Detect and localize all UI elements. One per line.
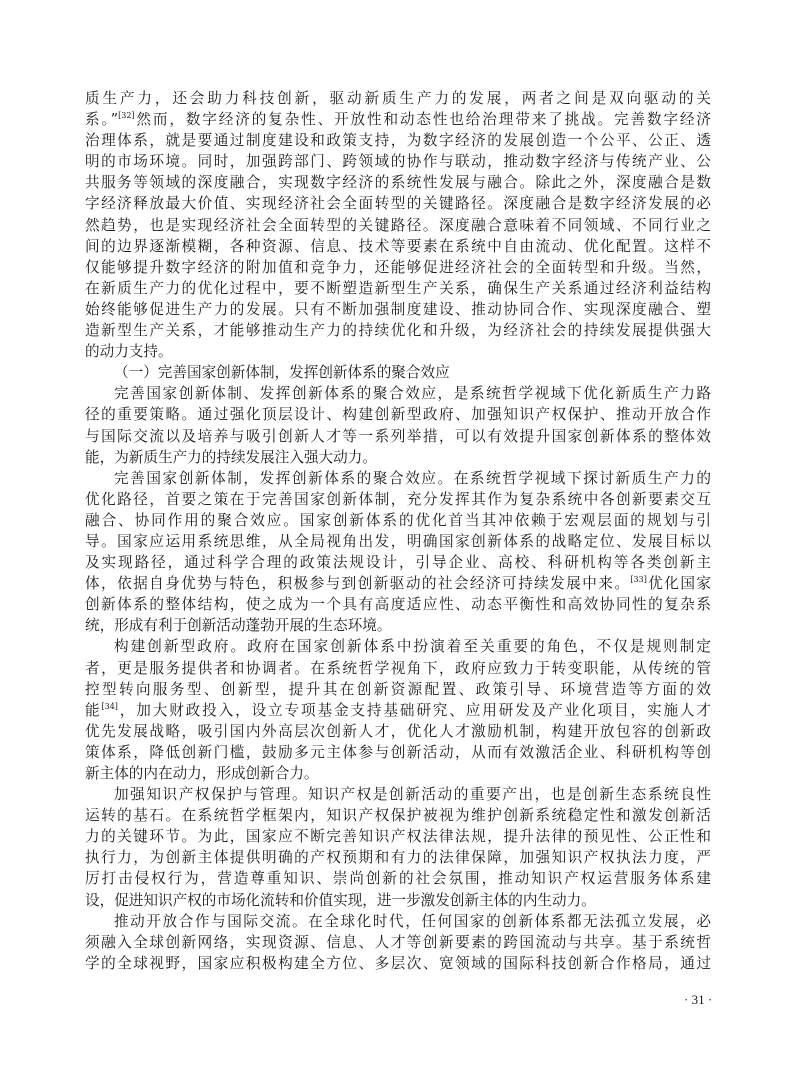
text-line: 力的关键环节。为此，国家应不断完善知识产权法律法规，提升法律的预见性、公正性和 xyxy=(85,826,711,847)
text-line: 共服务等领域的深度融合，实现数字经济的系统性发展与融合。除此之外，深度融合是数 xyxy=(85,172,711,193)
text-line: 运转的基石。在系统哲学框架内，知识产权保护被视为维护创新系统稳定性和激发创新活 xyxy=(85,805,711,826)
text-line: 然趋势，也是实现经济社会全面转型的关键路径。深度融合意味着不同领域、不同行业之 xyxy=(85,215,711,236)
text-line: 执行力，为创新主体提供明确的产权预期和有力的法律保障，加强知识产权执法力度，严 xyxy=(85,847,711,868)
document-page: 质生产力，还会助力科技创新，驱动新质生产力的发展，两者之间是双向驱动的关系。”[… xyxy=(0,0,794,1077)
paragraph-first-line: 推动开放合作与国际交流。在全球化时代，任何国家的创新体系都无法孤立发展，必 xyxy=(85,911,711,932)
text-line: 径的重要策略。通过强化顶层设计、构建创新型政府、加强知识产权保护、推动开放合作 xyxy=(85,404,711,425)
citation-reference: [34] xyxy=(101,702,117,711)
text-line: 优先发展战略，吸引国内外高层次创新人才，优化人才激励机制，构建开放包容的创新政 xyxy=(85,721,711,742)
paragraph-last-line: 新主体的内在动力，形成创新合力。 xyxy=(85,763,711,784)
text-line: 导。国家应运用系统思维，从全局视角出发，明确国家创新体系的战略定位、发展目标以 xyxy=(85,531,711,552)
text-line: 控型转向服务型、创新型，提升其在创新资源配置、政策引导、环境营造等方面的效 xyxy=(85,679,711,700)
paragraph-last-line: 设，促进知识产权的市场化流转和价值实现，进一步激发创新主体的内生动力。 xyxy=(85,890,711,911)
text-line: 及实现路径，通过科学合理的政策法规设计，引导企业、高校、科研机构等各类创新主 xyxy=(85,552,711,573)
text-line: 间的边界逐渐模糊，各种资源、信息、技术等要素在系统中自由流动、优化配置。这样不 xyxy=(85,236,711,257)
text-line: 始终能够促进生产力的发展。只有不断加强制度建设、推动协同合作、实现深度融合、塑 xyxy=(85,299,711,320)
text-line: 者，更是服务提供者和协调者。在系统哲学视角下，政府应致力于转变职能，从传统的管 xyxy=(85,658,711,679)
text-segment: 然而，数字经济的复杂性、开放性和动态性也给治理带来了挑战。完善数字经济 xyxy=(135,111,711,128)
text-line: 创新体系的整体结构，使之成为一个具有高度适应性、动态平衡性和高效协同性的复杂系 xyxy=(85,594,711,615)
paragraph-first-line: 完善国家创新体制、发挥创新体系的聚合效应，是系统哲学视域下优化新质生产力路 xyxy=(85,383,711,404)
text-line: 厉打击侵权行为，营造尊重知识、崇尚创新的社会氛围，推动知识产权运营服务体系建 xyxy=(85,868,711,889)
paragraph-last-line: 的动力支持。 xyxy=(85,341,711,362)
paragraph-last-line: 能，为新质生产力的持续发展注入强大动力。 xyxy=(85,447,711,468)
paragraph-first-line: 加强知识产权保护与管理。知识产权是创新活动的重要产出，也是创新生态系统良性 xyxy=(85,784,711,805)
text-line: 融合、协同作用的聚合效应。国家创新体系的优化首当其冲依赖于宏观层面的规划与引 xyxy=(85,510,711,531)
text-line: 须融入全球创新网络，实现资源、信息、人才等创新要素的跨国流动与共享。基于系统哲 xyxy=(85,932,711,953)
text-line: 系。”[32]然而，数字经济的复杂性、开放性和动态性也给治理带来了挑战。完善数字… xyxy=(85,109,711,130)
text-segment: 能 xyxy=(85,702,101,719)
paragraph-first-line: 构建创新型政府。政府在国家创新体系中扮演着至关重要的角色，不仅是规则制定 xyxy=(85,636,711,657)
text-line: 治理体系，就是要通过制度建设和政策支持，为数字经济的发展创造一个公平、公正、透 xyxy=(85,130,711,151)
text-line: 仅能够提升数字经济的附加值和竞争力，还能够促进经济社会的全面转型和升级。当然， xyxy=(85,257,711,278)
citation-reference: [33] xyxy=(630,575,646,584)
text-line: 造新型生产关系，才能够推动生产力的持续优化和升级，为经济社会的持续发展提供强大 xyxy=(85,320,711,341)
text-line: 学的全球视野，国家应积极构建全方位、多层次、宽领域的国际科技创新合作格局，通过 xyxy=(85,953,711,974)
body-text: 质生产力，还会助力科技创新，驱动新质生产力的发展，两者之间是双向驱动的关系。”[… xyxy=(85,88,711,974)
text-line: 策体系，降低创新门槛，鼓励多元主体参与创新活动，从而有效激活企业、科研机构等创 xyxy=(85,742,711,763)
text-segment: 优化国家 xyxy=(647,575,711,592)
text-line: 能[34]，加大财政投入，设立专项基金支持基础研究、应用研发及产业化项目，实施人… xyxy=(85,700,711,721)
section-heading: （一）完善国家创新体制，发挥创新体系的聚合效应 xyxy=(85,362,711,383)
paragraph-first-line: 完善国家创新体制，发挥创新体系的聚合效应。在系统哲学视域下探讨新质生产力的 xyxy=(85,468,711,489)
text-segment: 体，依据自身优势与特色，积极参与到创新驱动的社会经济可持续发展中来。 xyxy=(85,575,630,592)
text-line: 质生产力，还会助力科技创新，驱动新质生产力的发展，两者之间是双向驱动的关 xyxy=(85,88,711,109)
text-line: 字经济释放最大价值、实现经济社会全面转型的关键路径。深度融合是数字经济发展的必 xyxy=(85,193,711,214)
page-number: · 31 · xyxy=(684,992,712,1008)
text-line: 体，依据自身优势与特色，积极参与到创新驱动的社会经济可持续发展中来。[33]优化… xyxy=(85,573,711,594)
text-segment: ，加大财政投入，设立专项基金支持基础研究、应用研发及产业化项目，实施人才 xyxy=(118,702,711,719)
text-line: 明的市场环境。同时，加强跨部门、跨领域的协作与联动，推动数字经济与传统产业、公 xyxy=(85,151,711,172)
text-line: 与国际交流以及培养与吸引创新人才等一系列举措，可以有效提升国家创新体系的整体效 xyxy=(85,426,711,447)
citation-reference: [32] xyxy=(118,111,134,120)
text-line: 在新质生产力的优化过程中，要不断塑造新型生产关系，确保生产关系通过经济利益结构 xyxy=(85,278,711,299)
paragraph-last-line: 统，形成有利于创新活动蓬勃开展的生态环境。 xyxy=(85,615,711,636)
text-segment: 系。” xyxy=(85,111,118,128)
text-line: 优化路径，首要之策在于完善国家创新体制，充分发挥其作为复杂系统中各创新要素交互 xyxy=(85,489,711,510)
